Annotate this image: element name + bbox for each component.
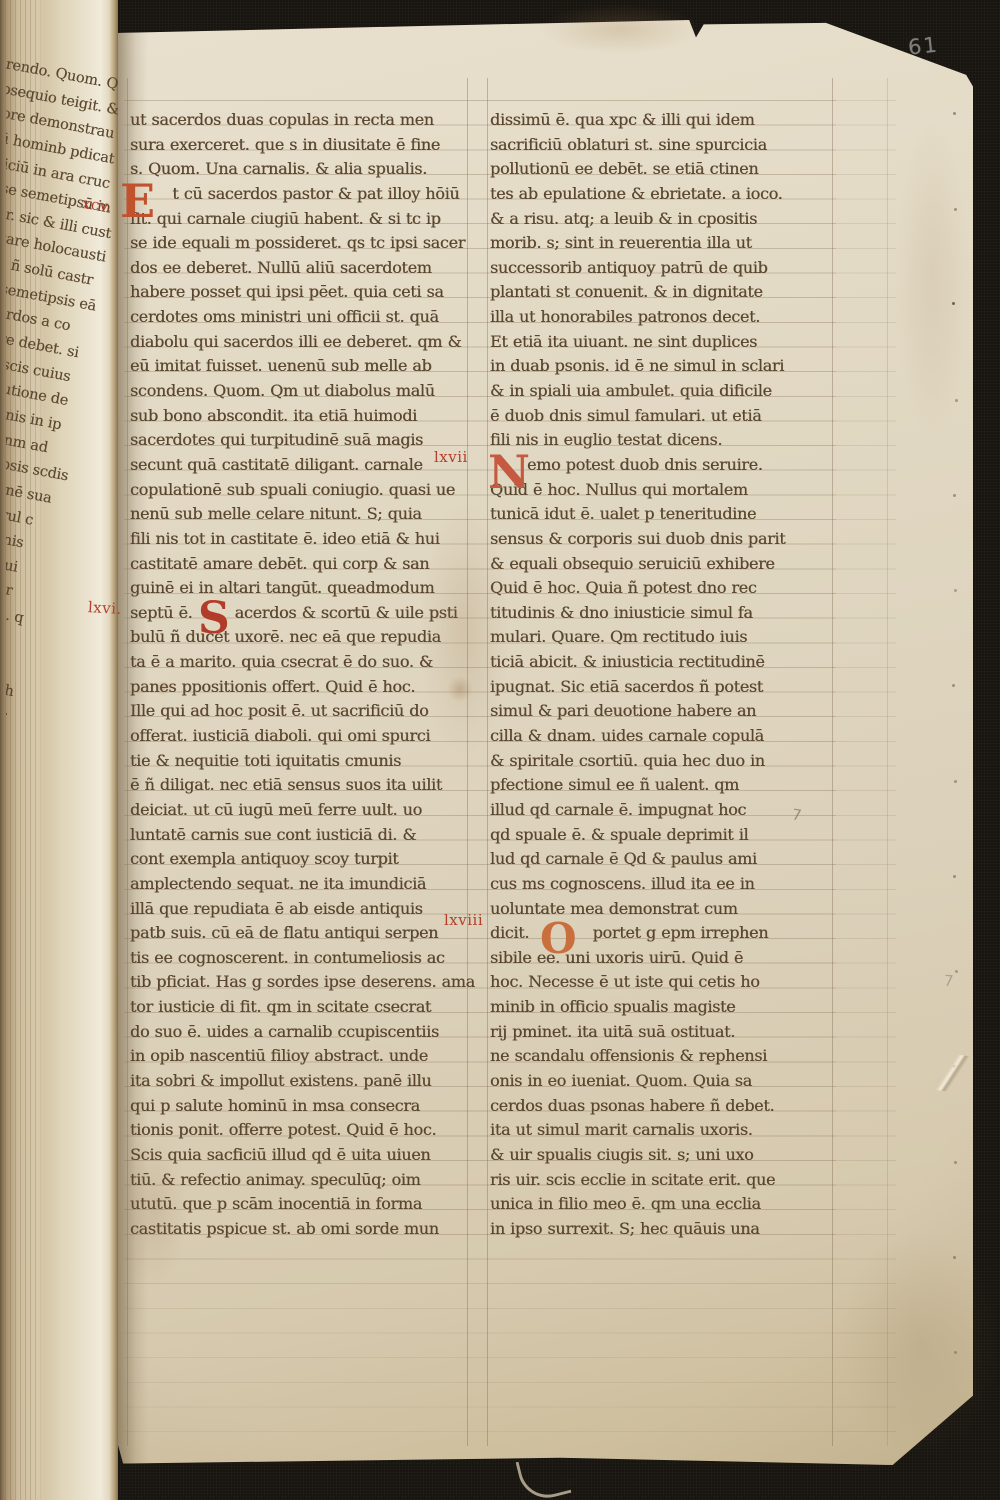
text-line: tionis ponit. offerre potest. Quid ē hoc… — [130, 1118, 475, 1143]
text-column-left: ut sacerdos duas copulas in recta mensur… — [130, 108, 475, 1241]
text-line: unica in filio meo ē. qm una ecclia — [490, 1192, 835, 1217]
text-line: & spiritale csortiū. quia hec duo in — [490, 749, 835, 774]
text-line: mulari. Quare. Qm rectitudo iuis — [490, 625, 835, 650]
text-line: & uir spualis ciugis sit. s; uni uxo — [490, 1143, 835, 1168]
text-line: plantati st conuenit. & in dignitate — [490, 280, 835, 305]
text-line: cus ms cognoscens. illud ita ee in — [490, 872, 835, 897]
text-line: copulationē sub spuali coniugio. quasi u… — [130, 478, 475, 503]
column-rule — [127, 78, 128, 1446]
text-line: Ille qui ad hoc posit ē. ut sacrificiū d… — [130, 699, 475, 724]
text-line: onis in eo iueniat. Quom. Quia sa — [490, 1069, 835, 1094]
text-line: tor iusticie di fit. qm in scitate csecr… — [130, 995, 475, 1020]
text-line: in opib nascentiū filioy abstract. unde — [130, 1044, 475, 1069]
text-line: simul & pari deuotione habere an — [490, 699, 835, 724]
text-line: ne scandalu offensionis & rephensi — [490, 1044, 835, 1069]
decorated-initial-O: O — [540, 918, 577, 960]
facing-page-text-fragments: erendo. Quom. Quiobsequio teigit. &more … — [6, 50, 118, 1186]
text-line: sura exerceret. que s in diusitate ē fin… — [130, 133, 475, 158]
text-line: minib in officio spualis magiste — [490, 995, 835, 1020]
text-line: pfectione simul ee ñ ualent. qm — [490, 773, 835, 798]
text-line: castitatis pspicue st. ab omi sorde mun — [130, 1217, 475, 1242]
text-line: cerdotes oms ministri uni officii st. qu… — [130, 305, 475, 330]
text-line: fili nis in euglio testat dicens. — [490, 428, 835, 453]
text-line: ipugnat. Sic etiā sacerdos ñ potest — [490, 675, 835, 700]
text-line: fili nis tot in castitate ē. ideo etiā &… — [130, 527, 475, 552]
column-rule — [887, 78, 888, 1446]
text-line: deiciat. ut cū iugū meū ferre uult. uo — [130, 798, 475, 823]
text-line: ta ē a marito. quia csecrat ē do suo. & — [130, 650, 475, 675]
pencil-mark: 7 — [943, 972, 954, 991]
text-line: septū ē. acerdos & scortū & uile psti — [130, 601, 475, 626]
text-line: ut sacerdos duas copulas in recta men — [130, 108, 475, 133]
text-line: lud qd carnale ē Qd & paulus ami — [490, 847, 835, 872]
text-line: tis ee cognoscerent. in contumeliosis ac — [130, 946, 475, 971]
facing-page-curl: erendo. Quom. Quiobsequio teigit. &more … — [6, 0, 118, 1500]
text-line: tiū. & refectio animay. speculūq; oim — [130, 1168, 475, 1193]
decorated-initial-N: N — [488, 449, 530, 495]
text-line: pollutionū ee debēt. se etiā ctinen — [490, 157, 835, 182]
text-line: emo potest duob dnis seruire. — [490, 453, 835, 478]
chapter-number-lxvi: lxvi. — [88, 598, 123, 618]
folio-number: 61 — [907, 32, 940, 59]
text-line: ris uir. scis ecclie in scitate erit. qu… — [490, 1168, 835, 1193]
text-line: scondens. Quom. Qm ut diabolus malū — [130, 379, 475, 404]
text-line: do suo ē. uides a carnalib ccupiscentiis — [130, 1020, 475, 1045]
text-line: ututū. que p scām inocentiā in forma — [130, 1192, 475, 1217]
pricking-holes — [953, 112, 956, 115]
text-line: illud qd carnale ē. impugnat hoc — [490, 798, 835, 823]
text-line: sub bono abscondit. ita etiā huimodi — [130, 404, 475, 429]
text-line: qd spuale ē. & spuale deprimit il — [490, 823, 835, 848]
text-line: dos ee deberet. Nullū aliū sacerdotem — [130, 256, 475, 281]
text-line: rij pminet. ita uitā suā ostituat. — [490, 1020, 835, 1045]
text-line: illa ut honorabiles patronos decet. — [490, 305, 835, 330]
text-line: qui p salute hominū in msa consecra — [130, 1094, 475, 1119]
text-line: sacrificiū oblaturi st. sine spurcicia — [490, 133, 835, 158]
text-line: amplectendo sequat. ne ita imundiciā — [130, 872, 475, 897]
decorated-initial-E: E — [120, 178, 155, 224]
chapter-number-lxvii: lxvii — [434, 448, 468, 466]
text-line: & equali obsequio seruiciū exhibere — [490, 552, 835, 577]
text-line: Et etiā ita uiuant. ne sint duplices — [490, 330, 835, 355]
text-line: cilla & dnam. uides carnale copulā — [490, 724, 835, 749]
text-line: bulū ñ ducet uxorē. nec eā que repudia — [130, 625, 475, 650]
text-line: patb suis. cū eā de flatu antiqui serpen — [130, 921, 475, 946]
text-line: ē duob dnis simul famulari. ut etiā — [490, 404, 835, 429]
text-column-right: dissimū ē. qua xpc & illi qui idemsacrif… — [490, 108, 835, 1241]
text-line: & a risu. atq; a leuib & in cpositis — [490, 207, 835, 232]
text-line: habere posset qui ipsi pēet. quia ceti s… — [130, 280, 475, 305]
chapter-number-lxviii: lxviii — [444, 911, 483, 929]
text-line: sensus & corporis sui duob dnis parit — [490, 527, 835, 552]
text-line: t cū sacerdos pastor & pat illoy hōiū — [130, 182, 475, 207]
decorated-initial-S: S — [198, 597, 230, 641]
text-line: s. Quom. Una carnalis. & alia spualis. — [130, 157, 475, 182]
manuscript-page: ut sacerdos duas copulas in recta mensur… — [118, 20, 973, 1465]
text-line: in ipso surrexit. S; hec quāuis una — [490, 1217, 835, 1242]
text-line: diabolu qui sacerdos illi ee deberet. qm… — [130, 330, 475, 355]
text-line: morib. s; sint in reuerentia illa ut — [490, 231, 835, 256]
text-line: sacerdotes qui turpitudinē suā magis — [130, 428, 475, 453]
text-line: tib pficiat. Has g sordes ipse deserens.… — [130, 970, 475, 995]
text-line: eū imitat fuisset. uenenū sub melle ab — [130, 354, 475, 379]
text-line: cerdos duas psonas habere ñ debet. — [490, 1094, 835, 1119]
text-line: se ide equali m possideret. qs tc ipsi s… — [130, 231, 475, 256]
text-line: nenū sub melle celare nitunt. S; quia — [130, 502, 475, 527]
text-line: secunt quā castitatē diligant. carnale — [130, 453, 475, 478]
text-line: fit. qui carnale ciugiū habent. & si tc … — [130, 207, 475, 232]
text-line: & in spiali uia ambulet. quia dificile — [490, 379, 835, 404]
text-line: panes ppositionis offert. Quid ē hoc. — [130, 675, 475, 700]
text-line: ita sobri & impollut existens. panē illu — [130, 1069, 475, 1094]
text-line: ita ut simul marit carnalis uxoris. — [490, 1118, 835, 1143]
text-line: illā que repudiata ē ab eisde antiquis — [130, 897, 475, 922]
text-line: castitatē amare debēt. qui corp & san — [130, 552, 475, 577]
manuscript-photo: { "page": { "folio_number": "61", "ink_c… — [0, 0, 1000, 1500]
text-line: titudinis & dno iniusticie simul fa — [490, 601, 835, 626]
text-line: offerat. iusticiā diaboli. qui omi spurc… — [130, 724, 475, 749]
column-rule — [487, 78, 488, 1446]
text-line: tie & nequitie toti iquitatis cmunis — [130, 749, 475, 774]
text-line: in duab psonis. id ē ne simul in sclari — [490, 354, 835, 379]
text-line: Quid ē hoc. Nullus qui mortalem — [490, 478, 835, 503]
text-line: guinē ei in altari tangūt. queadmodum — [130, 576, 475, 601]
text-line: ē ñ diligat. nec etiā sensus suos ita ui… — [130, 773, 475, 798]
bookmark-cord — [515, 1451, 571, 1500]
text-line: tunicā idut ē. ualet p teneritudine — [490, 502, 835, 527]
ruling-line-stubs — [836, 100, 896, 1442]
text-line: hoc. Necesse ē ut iste qui cetis ho — [490, 970, 835, 995]
text-line: Scis quia sacficiū illud qd ē uita uiuen — [130, 1143, 475, 1168]
text-line: successorib antiquoy patrū de quib — [490, 256, 835, 281]
text-line: cont exempla antiquoy scoy turpit — [130, 847, 475, 872]
text-line: Quid ē hoc. Quia ñ potest dno rec — [490, 576, 835, 601]
text-line: tes ab epulatione & ebrietate. a ioco. — [490, 182, 835, 207]
text-line: luntatē carnis sue cont iusticiā di. & — [130, 823, 475, 848]
text-line: dissimū ē. qua xpc & illi qui idem — [490, 108, 835, 133]
text-line: ticiā abicit. & iniusticia rectitudinē — [490, 650, 835, 675]
